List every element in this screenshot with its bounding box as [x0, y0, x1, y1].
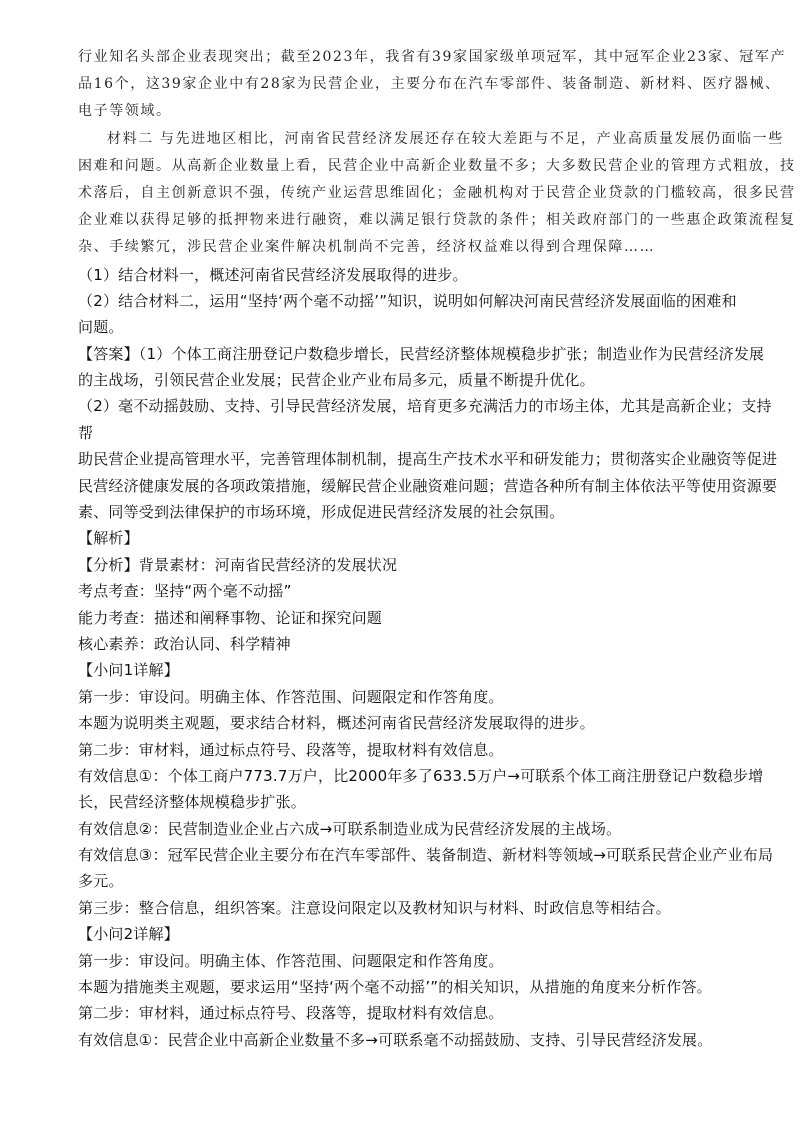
detail-q1-line: 有效信息③：冠军民营企业主要分布在汽车零部件、装备制造、新材料等领域→可联系民营… [78, 842, 726, 868]
detail-q2-line: 有效信息①：民营企业中高新企业数量不多→可联系毫不动摇鼓励、支持、引导民营经济发… [78, 1027, 726, 1053]
material-two-line: 企业难以获得足够的抵押物来进行融资，难以满足银行贷款的条件；相关政府部门的一些惠… [78, 207, 722, 234]
answer-line: 【答案】（1）个体工商注册登记户数稳步增长，民营经济整体规模稳步扩张；制造业作为… [78, 341, 726, 367]
material-two-line: 术落后，自主创新意识不强，传统产业运营思维固化；金融机构对于民营企业贷款的门槛较… [78, 180, 722, 207]
questions-block: （1）结合材料一，概述河南省民营经济发展取得的进步。 （2）结合材料二，运用“坚… [78, 262, 726, 341]
material-line: 行业知名头部企业表现突出；截至2023年，我省有39家国家级单项冠军，其中冠军企… [78, 44, 722, 71]
material-block: 行业知名头部企业表现突出；截至2023年，我省有39家国家级单项冠军，其中冠军企… [78, 44, 726, 262]
question-2-cont: 问题。 [78, 314, 726, 340]
detail-q2-line: 本题为措施类主观题，要求运用“坚持‘两个毫不动摇’”的相关知识，从措施的角度来分… [78, 974, 726, 1000]
detail-q1-line: 第二步：审材料，通过标点符号、段落等，提取材料有效信息。 [78, 737, 726, 763]
detail-q2-block: 【小问2详解】 第一步：审设问。明确主体、作答范围、问题限定和作答角度。 本题为… [78, 921, 726, 1053]
analysis-line: 核心素养：政治认同、科学精神 [78, 631, 726, 657]
answer-line: 帮 [78, 420, 726, 446]
material-two-line: 杂、手续繁冗，涉民营企业案件解决机制尚不完善，经济权益难以得到合理保障…… [78, 234, 726, 261]
document-page: 行业知名头部企业表现突出；截至2023年，我省有39家国家级单项冠军，其中冠军企… [78, 44, 726, 1053]
analysis-line: 【分析】背景素材：河南省民营经济的发展状况 [78, 552, 726, 578]
material-line: 品16个，这39家企业中有28家为民营企业，主要分布在汽车零部件、装备制造、新材… [78, 71, 722, 98]
detail-q1-heading: 【小问1详解】 [78, 657, 726, 683]
question-1: （1）结合材料一，概述河南省民营经济发展取得的进步。 [78, 262, 726, 288]
analysis-block: 【解析】 【分析】背景素材：河南省民营经济的发展状况 考点考查：坚持“两个毫不动… [78, 525, 726, 657]
analysis-heading: 【解析】 [78, 525, 726, 551]
answer-block: 【答案】（1）个体工商注册登记户数稳步增长，民营经济整体规模稳步扩张；制造业作为… [78, 341, 726, 526]
detail-q1-block: 【小问1详解】 第一步：审设问。明确主体、作答范围、问题限定和作答角度。 本题为… [78, 657, 726, 921]
detail-q1-line: 有效信息②：民营制造业企业占六成→可联系制造业成为民营经济发展的主战场。 [78, 816, 726, 842]
answer-line: （2）毫不动摇鼓励、支持、引导民营经济发展，培育更多充满活力的市场主体，尤其是高… [78, 393, 726, 419]
answer-line: 素、同等受到法律保护的市场环境，形成促进民营经济发展的社会氛围。 [78, 499, 726, 525]
material-two-line: 材料二 与先进地区相比，河南省民营经济发展还存在较大差距与不足，产业高质量发展仍… [78, 126, 726, 153]
detail-q1-line: 本题为说明类主观题，要求结合材料，概述河南省民营经济发展取得的进步。 [78, 710, 726, 736]
detail-q1-line: 第一步：审设问。明确主体、作答范围、问题限定和作答角度。 [78, 684, 726, 710]
answer-line: 的主战场，引领民营企业发展；民营企业产业布局多元，质量不断提升优化。 [78, 367, 726, 393]
answer-line: 助民营企业提高管理水平，完善管理体制机制，提高生产技术水平和研发能力；贯彻落实企… [78, 446, 726, 472]
detail-q1-line: 长，民营经济整体规模稳步扩张。 [78, 789, 726, 815]
detail-q1-line: 第三步：整合信息，组织答案。注意设问限定以及教材知识与材料、时政信息等相结合。 [78, 895, 726, 921]
detail-q2-line: 第二步：审材料，通过标点符号、段落等，提取材料有效信息。 [78, 1000, 726, 1026]
detail-q1-line: 有效信息①：个体工商户773.7万户，比2000年多了633.5万户→可联系个体… [78, 763, 726, 789]
material-two-line: 困难和问题。从高新企业数量上看，民营企业中高新企业数量不多；大多数民营企业的管理… [78, 153, 722, 180]
detail-q2-heading: 【小问2详解】 [78, 921, 726, 947]
answer-line: 民营经济健康发展的各项政策措施，缓解民营企业融资难问题；营造各种所有制主体依法平… [78, 473, 726, 499]
analysis-line: 能力考查：描述和阐释事物、论证和探究问题 [78, 605, 726, 631]
detail-q2-line: 第一步：审设问。明确主体、作答范围、问题限定和作答角度。 [78, 948, 726, 974]
question-2: （2）结合材料二，运用“坚持‘两个毫不动摇’”知识，说明如何解决河南民营经济发展… [78, 288, 726, 314]
material-line: 电子等领域。 [78, 98, 726, 125]
detail-q1-line: 多元。 [78, 868, 726, 894]
analysis-line: 考点考查：坚持“两个毫不动摇” [78, 578, 726, 604]
